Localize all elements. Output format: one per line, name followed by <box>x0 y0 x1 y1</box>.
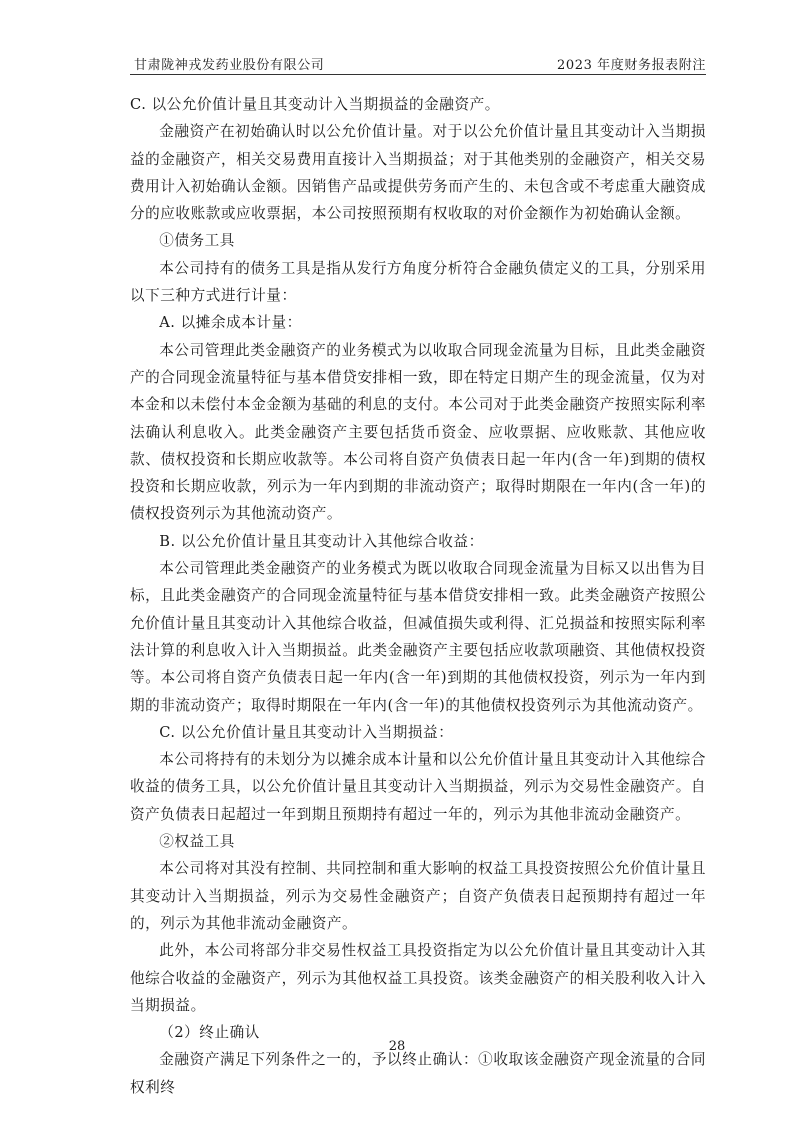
paragraph-initial-measurement: 金融资产在初始确认时以公允价值计量。对于以公允价值计量且其变动计入当期损益的金融… <box>130 118 706 227</box>
paragraph-heading-c: C. 以公允价值计量且其变动计入当期损益的金融资产。 <box>130 91 706 118</box>
header-report-title: 2023 年度财务报表附注 <box>557 54 706 73</box>
paragraph-debt-instruments: 本公司持有的债务工具是指从发行方角度分析符合金融负债定义的工具，分别采用以下三种… <box>130 255 706 310</box>
header-company-name: 甘肃陇神戎发药业股份有限公司 <box>134 54 324 73</box>
document-body: C. 以公允价值计量且其变动计入当期损益的金融资产。 金融资产在初始确认时以公允… <box>130 91 706 1101</box>
paragraph-amortized-cost: 本公司管理此类金融资产的业务模式为以收取合同现金流量为目标，且此类金融资产的合同… <box>130 337 706 528</box>
page-header: 甘肃陇神戎发药业股份有限公司 2023 年度财务报表附注 <box>130 52 706 75</box>
subheading-fvtpl: C. 以公允价值计量且其变动计入当期损益： <box>130 719 706 746</box>
subheading-fvoci: B. 以公允价值计量且其变动计入其他综合收益： <box>130 528 706 555</box>
subheading-equity-instruments: ②权益工具 <box>130 828 706 855</box>
subheading-amortized-cost: A. 以摊余成本计量： <box>130 309 706 336</box>
paragraph-fvtpl: 本公司将持有的未划分为以摊余成本计量和以公允价值计量且其变动计入其他综合收益的债… <box>130 746 706 828</box>
subheading-debt-instruments: ①债务工具 <box>130 227 706 254</box>
paragraph-fvoci: 本公司管理此类金融资产的业务模式为既以收取合同现金流量为目标又以出售为目标，且此… <box>130 555 706 719</box>
page-number: 28 <box>0 1039 794 1054</box>
paragraph-equity-instruments: 本公司将对其没有控制、共同控制和重大影响的权益工具投资按照公允价值计量且其变动计… <box>130 855 706 937</box>
paragraph-designated-equity: 此外，本公司将部分非交易性权益工具投资指定为以公允价值计量且其变动计入其他综合收… <box>130 937 706 1019</box>
paragraph-derecognition: 金融资产满足下列条件之一的，予以终止确认：①收取该金融资产现金流量的合同权利终 <box>130 1046 706 1101</box>
